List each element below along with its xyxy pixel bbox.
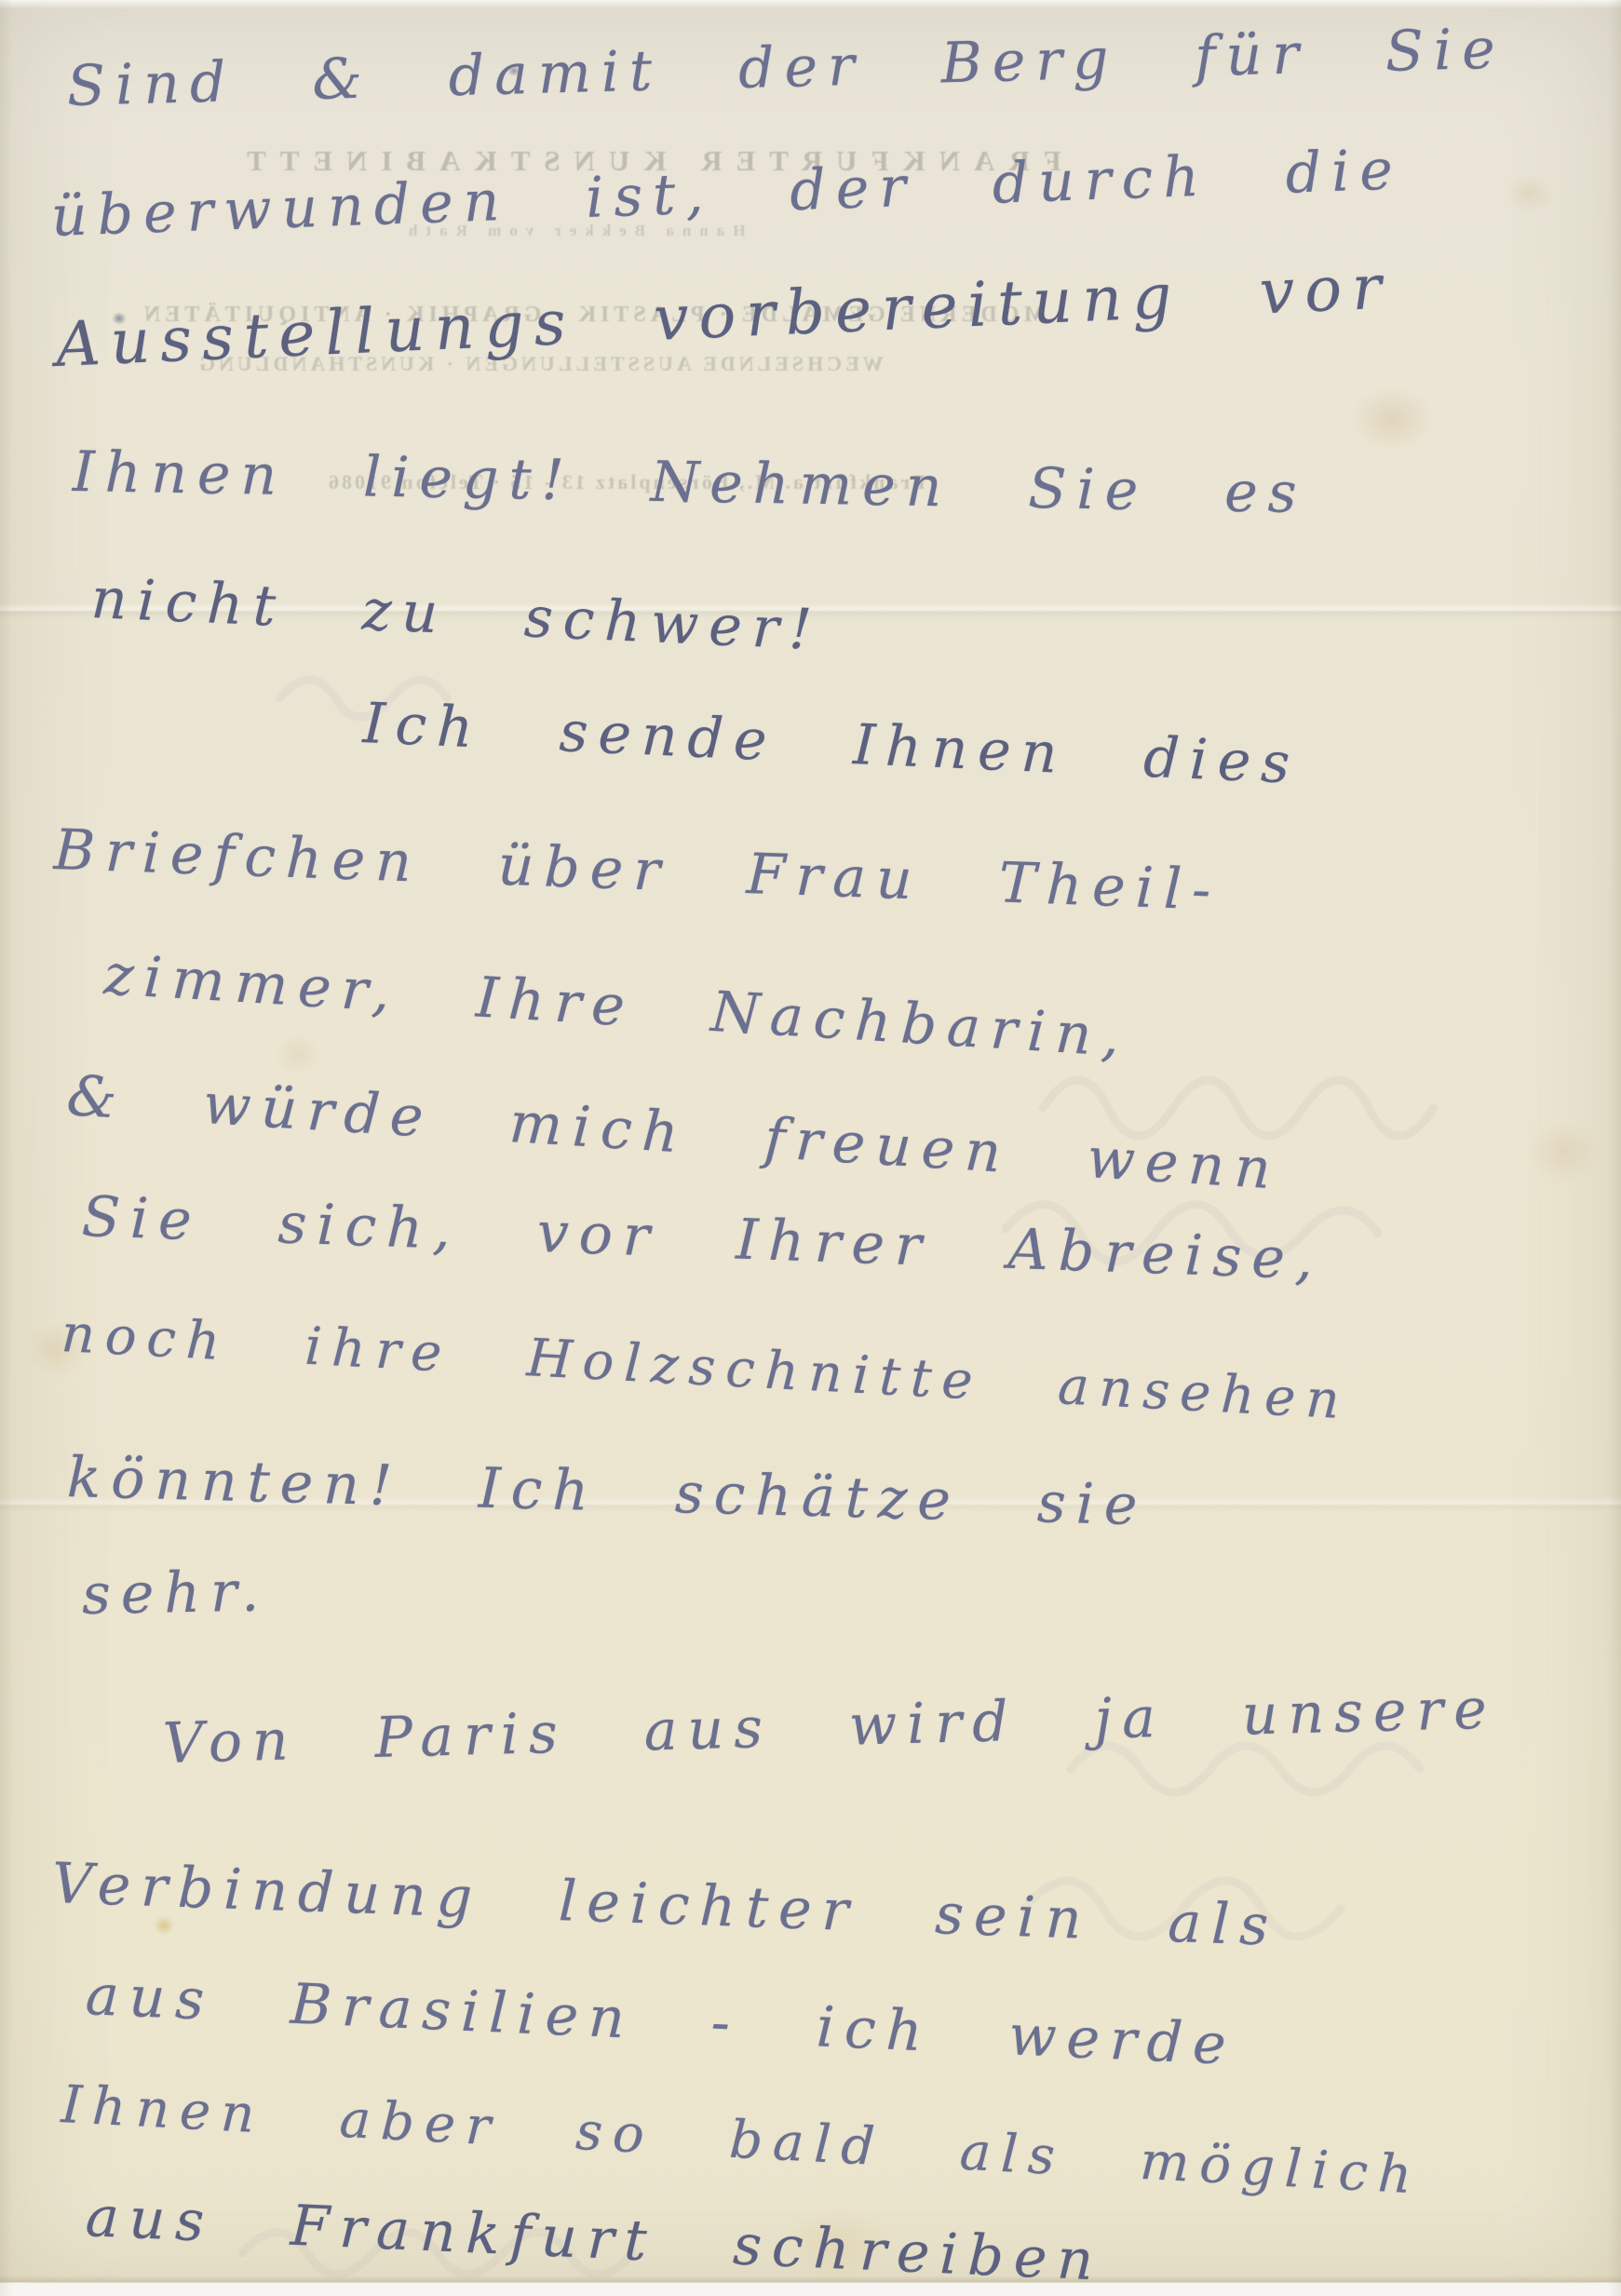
paper-stain	[1527, 1122, 1601, 1182]
handwriting-line: Ihnen aber so bald als möglich	[60, 2074, 1423, 2206]
handwriting-line: & würde mich freuen wenn	[65, 1063, 1283, 1203]
handwriting-line: Verbindung leichter sein als	[51, 1851, 1280, 1959]
handwriting-line: Sie sich, vor Ihrer Abreise,	[81, 1184, 1324, 1293]
paper-stain	[1350, 386, 1434, 452]
handwriting-line: könnten! Ich schätze sie	[66, 1445, 1148, 1538]
handwriting-line: Briefchen über Frau Theil-	[53, 817, 1223, 924]
paper-stain	[275, 1033, 321, 1075]
handwriting-line: nicht zu schwer!	[89, 566, 823, 663]
handwriting-line: Sind & damit der Berg für Sie	[66, 17, 1506, 119]
paper-stain	[1504, 172, 1555, 214]
handwriting-line: Von Paris aus wird ja unsere	[162, 1676, 1497, 1776]
handwriting-line: Ihnen liegt! Nehmen Sie es	[72, 439, 1307, 526]
handwritten-letter-page: FRANKFURTER KUNSTKABINETT Hanna Bekker v…	[0, 0, 1621, 2296]
handwriting-line: noch ihre Holzschnitte ansehen	[60, 1303, 1351, 1431]
scan-edge-right	[1608, 0, 1621, 2296]
scan-edge-left	[0, 0, 13, 2296]
scan-edge-bottom	[0, 2276, 1621, 2296]
handwriting-line: aus Brasilien - ich werde	[84, 1963, 1237, 2078]
scan-edge-top	[0, 0, 1621, 9]
handwriting-line: Ich sende Ihnen dies	[361, 691, 1301, 797]
handwriting-line: zimmer, Ihre Nachbarin,	[102, 942, 1131, 1070]
handwriting-line: sehr.	[81, 1559, 269, 1627]
